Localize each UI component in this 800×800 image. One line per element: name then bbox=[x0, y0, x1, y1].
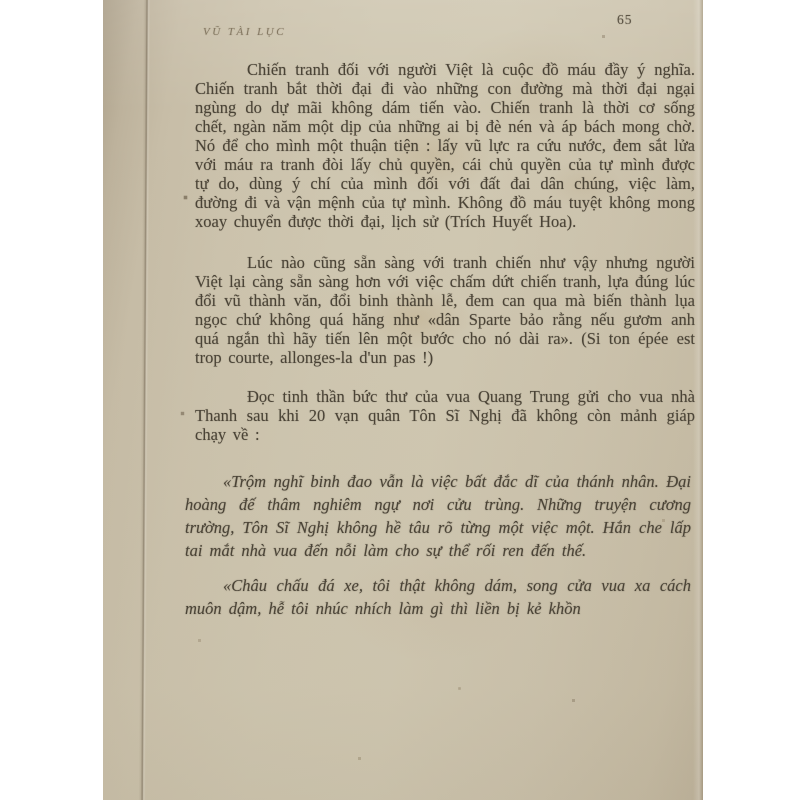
page-text-block: Chiến tranh đối với người Việt là cuộc đ… bbox=[195, 60, 695, 620]
paper-specks bbox=[103, 0, 104, 1]
paragraph-3: Đọc tinh thần bức thư của vua Quang Trun… bbox=[195, 387, 695, 444]
page-number: 65 bbox=[617, 12, 633, 28]
quoted-letter-paragraph-1: «Trộm nghĩ binh đao vẫn là việc bất đắc … bbox=[185, 470, 691, 562]
running-title: VŨ TÀI LỤC bbox=[203, 26, 286, 38]
paragraph-2: Lúc nào cũng sẵn sàng với tranh chiến nh… bbox=[195, 253, 695, 367]
screenshot-canvas: VŨ TÀI LỤC 65 Chiến tranh đối với người … bbox=[0, 0, 800, 800]
paragraph-1: Chiến tranh đối với người Việt là cuộc đ… bbox=[195, 60, 695, 231]
page-spine-crease bbox=[139, 0, 151, 800]
quoted-letter-paragraph-2: «Châu chấu đá xe, tôi thật không dám, so… bbox=[185, 574, 691, 620]
book-page-photo: VŨ TÀI LỤC 65 Chiến tranh đối với người … bbox=[103, 0, 703, 800]
